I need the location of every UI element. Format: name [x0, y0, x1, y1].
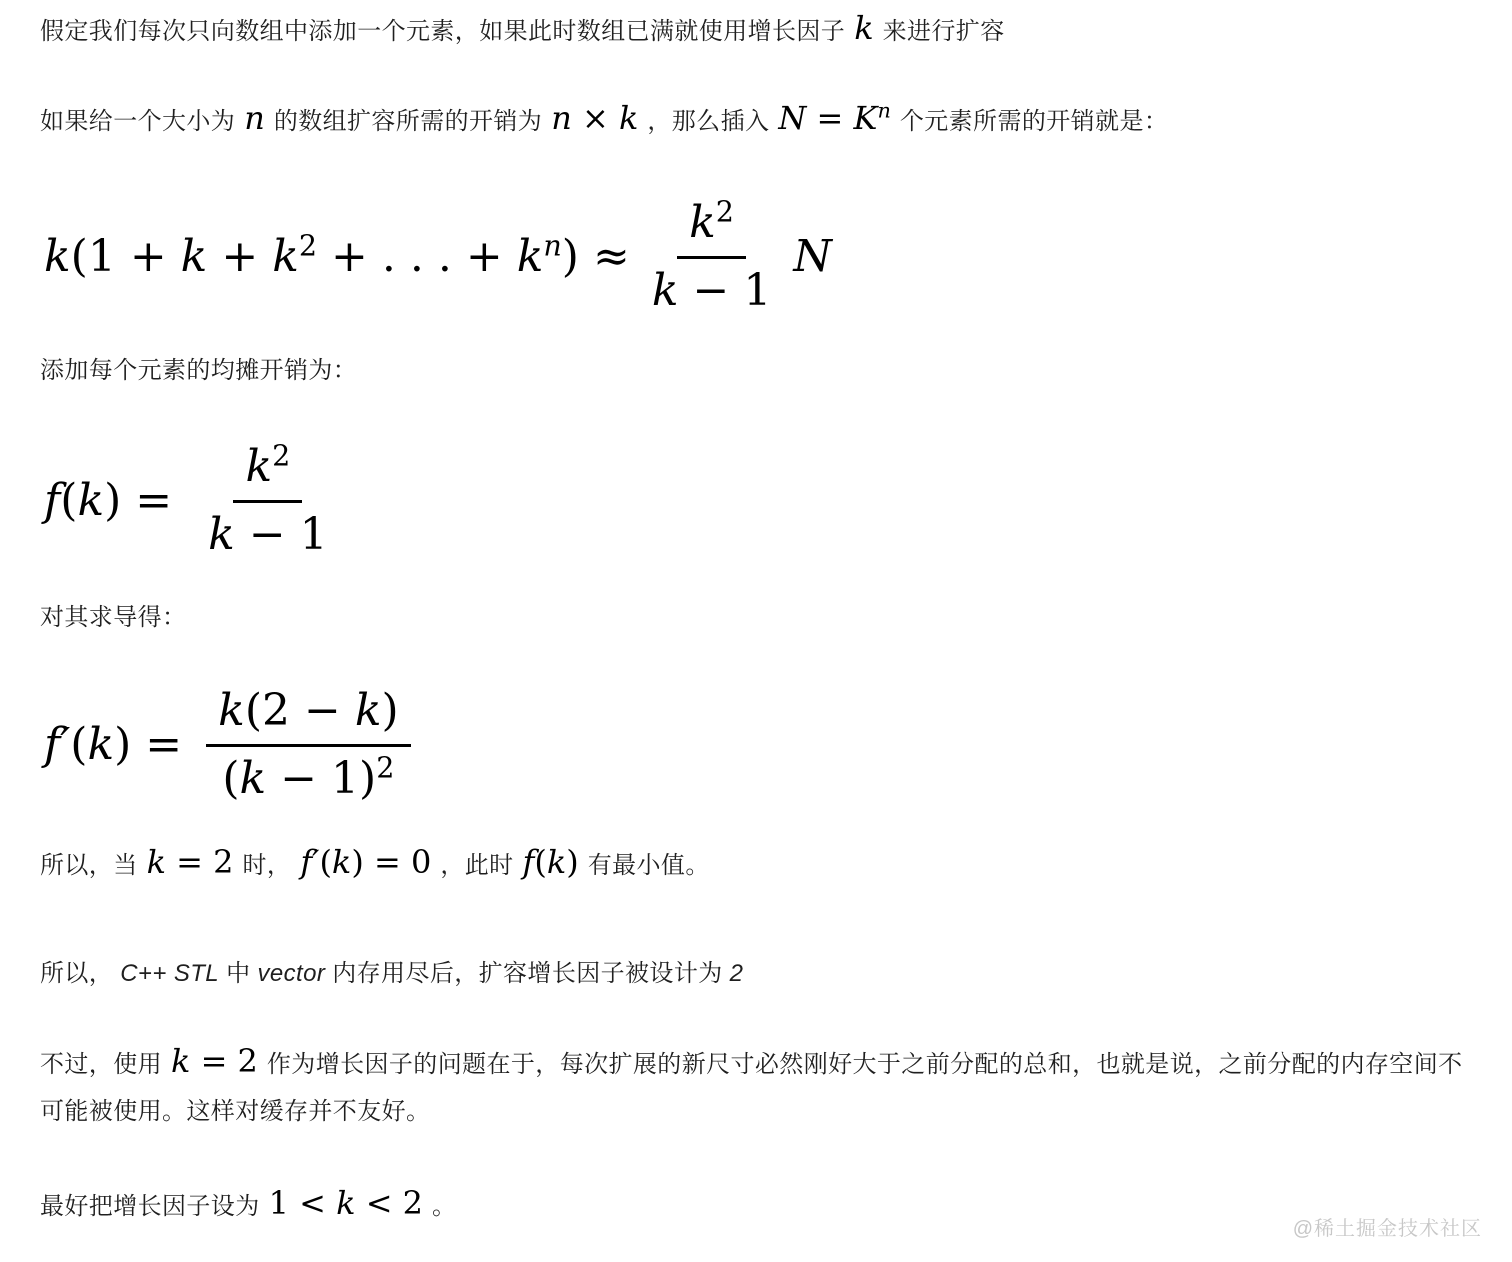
fraction: k(2 − k) (k − 1)2 — [206, 686, 411, 804]
formula-lhs: k(1 + k + k2 + . . . + kn) ≈ — [44, 231, 630, 284]
text-run: 所以， — [40, 960, 113, 987]
math-var: k — [245, 441, 272, 492]
formula-amortized-cost: f(k) = k2 k − 1 — [44, 442, 350, 560]
text-run: 。 — [432, 1193, 456, 1220]
emphasis-2: 2 — [730, 960, 744, 987]
math-text: (1 + — [71, 231, 181, 282]
formula-derivative: f′(k) = k(2 − k) (k − 1)2 — [44, 686, 421, 804]
math-var: k — [181, 231, 208, 282]
inline-math-f-prime-k-equals-0: f′(k) = 0 — [300, 843, 431, 881]
emphasis-vector: vector — [257, 960, 325, 987]
article-page: 假定我们每次只向数组中添加一个元素，如果此时数组已满就使用增长因子k来进行扩容 … — [0, 0, 1512, 1262]
inline-math-f-of-k: f(k) — [523, 843, 579, 881]
math-var: k — [619, 99, 638, 137]
math-var: k — [171, 1042, 190, 1080]
math-operator: = — [806, 99, 853, 137]
fraction-denominator: k − 1 — [196, 503, 340, 561]
math-text: ) — [104, 475, 135, 526]
text-run: ，此时 — [440, 852, 513, 879]
math-text: ( — [60, 475, 77, 526]
math-operator: × — [572, 99, 619, 137]
math-var: f — [44, 475, 60, 526]
math-superscript: 2 — [299, 228, 317, 262]
math-var: k — [218, 685, 245, 736]
math-var: k — [87, 719, 114, 770]
math-var: N — [778, 99, 806, 137]
math-text: ( — [319, 843, 331, 881]
math-operator: = — [135, 475, 186, 526]
math-superscript: 2 — [376, 750, 394, 784]
math-text: ( — [70, 719, 87, 770]
fraction: k2 k − 1 — [196, 442, 340, 560]
math-text: (2 − — [245, 685, 355, 736]
text-run: 所以，当 — [40, 852, 138, 879]
math-text: ) — [114, 719, 145, 770]
text-run: 个元素所需的开销就是： — [900, 108, 1168, 135]
math-var: k — [77, 475, 104, 526]
inline-math-k-equals-2: k = 2 — [147, 843, 234, 881]
math-superscript: n — [877, 98, 890, 122]
text-run: 不过，使用 — [40, 1051, 162, 1078]
math-var: n — [551, 99, 572, 137]
math-var: k — [547, 843, 566, 881]
text-run: 如果给一个大小为 — [40, 108, 235, 135]
math-text: ( — [222, 753, 239, 804]
text-run: 内存用尽后，扩容增长因子被设计为 — [332, 960, 722, 987]
text-run: 的数组扩容所需的开销为 — [274, 108, 542, 135]
math-text: ) — [566, 843, 578, 881]
text-run: ，那么插入 — [647, 108, 769, 135]
math-var: k — [336, 1184, 355, 1222]
math-var: k — [517, 231, 544, 282]
math-var: k — [332, 843, 351, 881]
text-run: 中 — [226, 960, 250, 987]
math-superscript: n — [543, 228, 561, 262]
formula-lhs: f(k) = — [44, 475, 186, 528]
fraction-numerator: k2 — [233, 442, 302, 503]
math-text: − 1 — [678, 265, 771, 316]
formula-total-expansion-cost: k(1 + k + k2 + . . . + kn) ≈ k2 k − 1 N — [44, 198, 832, 316]
math-text: ) — [562, 231, 593, 282]
math-var: k — [689, 197, 716, 248]
math-text: = 2 — [190, 1042, 258, 1080]
math-text: + . . . + — [317, 231, 517, 282]
approx-symbol: ≈ — [593, 231, 630, 282]
math-var: k — [208, 509, 235, 560]
math-var: f′ — [44, 719, 70, 770]
math-var: K — [854, 99, 878, 137]
inline-math-n-times-k: n × k — [551, 99, 638, 137]
math-text: = 2 — [166, 843, 234, 881]
math-var: f′ — [300, 843, 319, 881]
math-var: k — [44, 231, 71, 282]
paragraph-amortized-label: 添加每个元素的均摊开销为： — [40, 352, 357, 390]
text-run: 假定我们每次只向数组中添加一个元素，如果此时数组已满就使用增长因子 — [40, 18, 845, 45]
math-text: + — [207, 231, 272, 282]
math-text: ) — [381, 685, 398, 736]
math-superscript: 2 — [716, 194, 734, 228]
math-var: k — [240, 753, 267, 804]
math-text: − 1 — [235, 509, 328, 560]
math-text: ) = 0 — [351, 843, 431, 881]
math-text: − 1) — [266, 753, 376, 804]
paragraph-recommendation: 最好把增长因子设为1 < k < 2。 — [40, 1187, 456, 1226]
text-run: 最好把增长因子设为 — [40, 1193, 260, 1220]
paragraph-cost-setup: 如果给一个大小为n的数组扩容所需的开销为n × k，那么插入N = Kn个元素所… — [40, 102, 1168, 141]
text-run: 有最小值。 — [588, 852, 710, 879]
paragraph-derivative-label: 对其求导得： — [40, 599, 186, 637]
math-var: k — [147, 843, 166, 881]
inline-math-n: n — [244, 99, 265, 137]
formula-lhs: f′(k) = — [44, 719, 196, 772]
fraction-numerator: k(2 − k) — [206, 686, 411, 747]
inline-math-k: k — [854, 9, 873, 47]
juejin-watermark: @稀土掘金技术社区 — [1293, 1212, 1482, 1241]
inline-math-1-lt-k-lt-2: 1 < k < 2 — [269, 1184, 423, 1222]
fraction-denominator: (k − 1)2 — [210, 747, 406, 805]
paragraph-drawback: 不过，使用k = 2作为增长因子的问题在于，每次扩展的新尺寸必然刚好大于之前分配… — [40, 1041, 1475, 1135]
math-text: < 2 — [356, 1184, 424, 1222]
emphasis-cpp-stl: C++ STL — [120, 960, 219, 987]
text-run: 来进行扩容 — [883, 18, 1005, 45]
fraction: k2 k − 1 — [640, 198, 784, 316]
fraction-numerator: k2 — [677, 198, 746, 259]
math-var: k — [272, 231, 299, 282]
text-run: 时， — [243, 852, 292, 879]
math-var: f — [523, 843, 535, 881]
fraction-denominator: k − 1 — [640, 259, 784, 317]
paragraph-minimum-conclusion: 所以，当k = 2时，f′(k) = 0，此时f(k)有最小值。 — [40, 846, 710, 885]
math-var-N: N — [793, 231, 832, 284]
paragraph-growth-factor-intro: 假定我们每次只向数组中添加一个元素，如果此时数组已满就使用增长因子k来进行扩容 — [40, 12, 1005, 51]
math-var: k — [652, 265, 679, 316]
paragraph-stl-vector: 所以，C++ STL中vector内存用尽后，扩容增长因子被设计为2 — [40, 955, 750, 993]
math-operator: = — [145, 719, 196, 770]
math-var: k — [355, 685, 382, 736]
math-text: 1 < — [269, 1184, 337, 1222]
inline-math-N-equals-K-power-n: N = Kn — [778, 99, 890, 137]
inline-math-k-equals-2: k = 2 — [171, 1042, 258, 1080]
math-superscript: 2 — [272, 438, 290, 472]
math-text: ( — [534, 843, 546, 881]
